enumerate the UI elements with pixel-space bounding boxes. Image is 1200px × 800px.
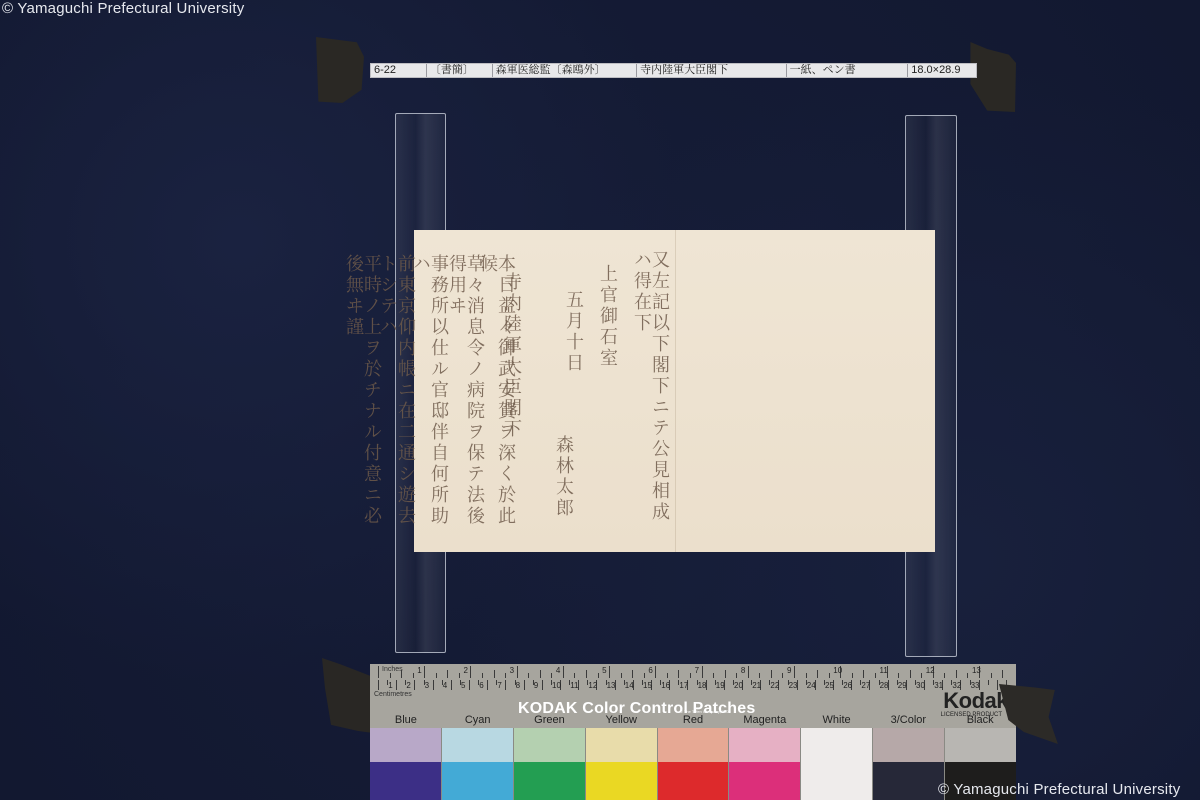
patch-label: White [801,714,873,728]
ruler-cm-number: 4 [443,681,447,690]
ruler-cm-number: 14 [625,681,634,690]
ruler-tick [690,673,691,678]
ruler-tick [713,673,714,678]
patch-light [801,728,872,762]
letter-column: 草々消息令ノ病院ヲ保テ法後得用ヰ [447,254,483,544]
ruler-cm-number: 13 [607,681,616,690]
ruler-tick [401,670,402,678]
patch-label: Green [514,714,586,728]
ruler-tick [487,680,488,690]
ruler-tick [759,673,760,678]
letter-column: 又左記以下閣下ニテ公見相成ハ得在下 [632,250,668,540]
letter-column: 事務所以仕ル官邸伴自何所助ハ [411,254,447,544]
patch-light [658,728,729,762]
ruler-tick [378,666,379,678]
ruler-tick [551,673,552,678]
ruler-tick [586,670,587,678]
letter-column: 前東京仰内帳ニ在二通シ遊去トシテハ [378,254,414,544]
ruler-tick [956,670,957,678]
ruler-tick [563,666,564,678]
ruler-tick [433,680,434,690]
patch-column-3-color [873,728,945,800]
patch-label: Blue [370,714,442,728]
patch-light [586,728,657,762]
patch-dark [658,762,729,800]
ruler-inch-number: 1 [417,666,421,675]
ruler-cm-number: 10 [552,681,561,690]
ruler-inch-number: 6 [648,666,652,675]
ruler-cm-number: 25 [825,681,834,690]
ruler-inch-number: 11 [880,666,888,675]
ruler-inch-number: 12 [926,666,935,675]
ruler-tick [806,673,807,678]
ruler-tick [667,673,668,678]
ruler-cm-number: 22 [770,681,779,690]
ruler-tick [378,680,379,690]
ruler-tick [451,680,452,690]
patch-light [370,728,441,762]
label-cell: 一紙、ペン書 [787,64,909,77]
ruler-cm-number: 30 [916,681,925,690]
label-cell: 〔書簡〕 [427,64,493,77]
ruler-tick [678,670,679,678]
patch-dark [442,762,513,800]
ruler-tick [598,673,599,678]
patch-column-red [658,728,730,800]
ruler-inch-number: 4 [556,666,560,675]
ruler-tick [469,680,470,690]
ruler: Inches Centimetres 123456789101112131415… [370,664,1016,700]
ruler-tick [782,673,783,678]
ruler-cm-number: 6 [479,681,483,690]
ruler-tick [494,670,495,678]
ruler-tick [863,670,864,678]
ruler-cm-number: 2 [406,681,410,690]
ruler-inch-number: 13 [972,666,981,675]
ruler-tick [852,673,853,678]
patch-dark [514,762,585,800]
ruler-tick [414,680,415,690]
letter-column: 上官御石室 [598,264,616,374]
ruler-cm-number: 1 [388,681,392,690]
patch-label: Yellow [585,714,657,728]
ruler-inch-number: 8 [741,666,745,675]
ruler-tick [542,680,543,690]
ruler-inches-label: Inches [382,666,403,673]
patch-dark [586,762,657,800]
ruler-inch-number: 5 [602,666,606,675]
ruler-inch-number: 10 [833,666,842,675]
ruler-cm-number: 18 [698,681,707,690]
ruler-tick [991,673,992,678]
ruler-tick [505,680,506,690]
patch-light [945,728,1016,762]
letter-column: 五月十日 [564,290,582,380]
patch-column-magenta [729,728,801,800]
ruler-cm-number: 21 [752,681,761,690]
ruler-cm-number: 8 [516,681,520,690]
patch-dark [873,762,944,800]
patch-column-blue [370,728,442,800]
patch-label: Magenta [729,714,801,728]
ruler-tick [644,673,645,678]
patch-label: Cyan [442,714,514,728]
letter-column: 平時ノ上ヲ於チナル付意ニ必後無ヰ謹 [344,254,380,544]
ruler-tick [655,666,656,678]
kodak-color-chart: Inches Centimetres 123456789101112131415… [370,664,1016,800]
kodak-logo: Kodak [943,688,1008,714]
ruler-cm-number: 3 [425,681,429,690]
ruler-tick [505,673,506,678]
ruler-tick [748,666,749,678]
patch-light [514,728,585,762]
ruler-tick [459,673,460,678]
ruler-tick [771,670,772,678]
ruler-cm-number: 12 [588,681,597,690]
ruler-cm-number: 27 [861,681,870,690]
ruler-cm-number: 15 [643,681,652,690]
ruler-tick [944,673,945,678]
letter-column: 寺内陸軍大臣閣下 [502,272,520,472]
color-patches [370,728,1016,800]
ruler-tick [436,673,437,678]
ruler-inch-number: 3 [510,666,514,675]
ruler-inch-number: 2 [463,666,467,675]
patch-dark [729,762,800,800]
label-cell: 6-22 [371,64,427,77]
ruler-tick [875,673,876,678]
ruler-cm-label: Centimetres [374,691,412,698]
ruler-tick [517,666,518,678]
copyright-watermark-bottom: © Yamaguchi Prefectural University [938,781,1180,798]
ruler-tick [574,673,575,678]
ruler-tick [898,673,899,678]
ruler-tick [921,673,922,678]
ruler-tick [390,673,391,678]
ruler-tick [725,670,726,678]
ruler-tick [609,666,610,678]
ruler-cm-number: 23 [789,681,798,690]
patch-column-green [514,728,586,800]
ruler-tick [524,680,525,690]
patch-label: Red [657,714,729,728]
copyright-watermark-top: © Yamaguchi Prefectural University [2,0,244,17]
ruler-tick [736,673,737,678]
ruler-cm-number: 5 [461,681,465,690]
patch-column-yellow [586,728,658,800]
letter-fold-line [675,230,676,552]
ruler-tick [988,680,989,685]
letter-column: 森林太郎 [554,435,572,535]
ruler-inch-number: 9 [787,666,791,675]
tape-top-left [316,37,364,103]
patch-column-white [801,728,873,800]
ruler-tick [967,673,968,678]
ruler-cm-number: 29 [898,681,907,690]
patch-label: Black [944,714,1016,728]
ruler-cm-number: 28 [880,681,889,690]
ruler-tick [470,666,471,678]
ruler-tick [1002,670,1003,678]
label-cell: 森軍医総監〔森鴎外〕 [493,64,638,77]
patch-labels: BlueCyanGreenYellowRedMagentaWhite3/Colo… [370,714,1016,728]
ruler-cm-number: 26 [843,681,852,690]
patch-light [442,728,513,762]
ruler-cm-number: 20 [734,681,743,690]
ruler-tick [1006,680,1007,685]
ruler-tick [528,673,529,678]
ruler-cm-number: 19 [716,681,725,690]
ruler-tick [632,670,633,678]
patch-column-cyan [442,728,514,800]
ruler-tick [482,673,483,678]
label-cell: 寺内陸軍大臣閣下 [637,64,787,77]
ruler-cm-number: 31 [934,681,943,690]
label-cell: 18.0×28.9 [908,64,976,77]
ruler-tick [702,666,703,678]
patch-light [729,728,800,762]
ruler-cm-number: 7 [497,681,501,690]
ruler-tick [817,670,818,678]
patch-dark [801,762,872,800]
ruler-cm-number: 9 [534,681,538,690]
ruler-cm-number: 24 [807,681,816,690]
ruler-tick [621,673,622,678]
patch-light [873,728,944,762]
ruler-tick [424,666,425,678]
ruler-tick [540,670,541,678]
ruler-tick [910,670,911,678]
patch-dark [370,762,441,800]
ruler-inch-number: 7 [695,666,699,675]
ruler-cm-number: 17 [679,681,688,690]
ruler-tick [794,666,795,678]
catalog-label-strip: 6-22〔書簡〕森軍医総監〔森鴎外〕寺内陸軍大臣閣下一紙、ペン書18.0×28.… [370,63,977,78]
ruler-tick [396,680,397,690]
patch-label: 3/Color [872,714,944,728]
ruler-tick [447,670,448,678]
ruler-cm-number: 11 [570,681,578,690]
ruler-tick [413,673,414,678]
ruler-tick [829,673,830,678]
ruler-cm-number: 16 [661,681,670,690]
handwritten-letter: 本日益々御武安賀ヲ深く於此候草々消息令ノ病院ヲ保テ法後得用ヰ事務所以仕ル官邸伴自… [414,230,935,552]
